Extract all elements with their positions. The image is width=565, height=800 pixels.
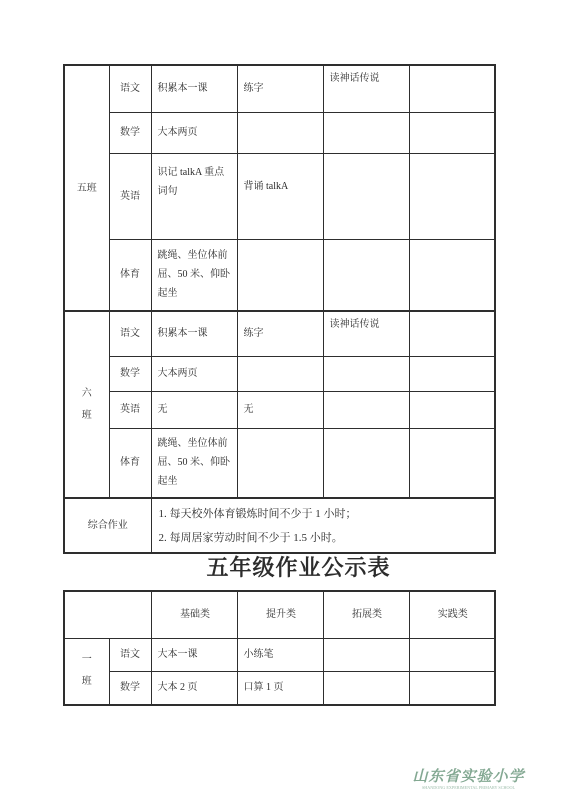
homework-cell-expand bbox=[323, 356, 409, 391]
homework-cell-practice bbox=[409, 428, 495, 498]
homework-cell-practice bbox=[409, 311, 495, 356]
homework-cell-improve bbox=[237, 356, 323, 391]
homework-cell-improve bbox=[237, 428, 323, 498]
homework-cell-improve: 练字 bbox=[237, 65, 323, 112]
subject-label: 英语 bbox=[109, 391, 151, 428]
homework-cell-practice bbox=[409, 356, 495, 391]
homework-cell-practice bbox=[409, 638, 495, 671]
homework-cell-improve: 口算 1 页 bbox=[237, 671, 323, 705]
homework-cell-expand: 读神话传说 bbox=[323, 65, 409, 112]
homework-cell-practice bbox=[409, 65, 495, 112]
summary-content: 1. 每天校外体育锻炼时间不少于 1 小时； 2. 每周居家劳动时间不少于 1.… bbox=[151, 498, 495, 553]
homework-cell-basic: 识记 talkA 重点词句 bbox=[151, 153, 237, 239]
document-page: 五班 语文 积累本一课 练字 读神话传说 数学 大本两页 英语 识记 talkA… bbox=[0, 0, 565, 800]
table-row: 数学 大本两页 bbox=[64, 356, 495, 391]
homework-cell-basic: 大本 2 页 bbox=[151, 671, 237, 705]
class-label-cell: 五班 bbox=[64, 65, 109, 311]
summary-line-2: 2. 每周居家劳动时间不少于 1.5 小时。 bbox=[159, 526, 491, 550]
table-row: 英语 无 无 bbox=[64, 391, 495, 428]
header-row: 基础类 提升类 拓展类 实践类 bbox=[64, 591, 495, 638]
homework-cell-practice bbox=[409, 112, 495, 153]
summary-label: 综合作业 bbox=[64, 498, 151, 553]
homework-cell-practice bbox=[409, 671, 495, 705]
homework-cell-improve: 无 bbox=[237, 391, 323, 428]
subject-label: 语文 bbox=[109, 638, 151, 671]
class-label-cell: 一班 bbox=[64, 638, 109, 705]
class-label: 六班 bbox=[82, 383, 92, 427]
school-name-en: SHANDONG EXPERIMENTAL PRIMARY SCHOOL bbox=[422, 786, 515, 790]
homework-cell-expand bbox=[323, 153, 409, 239]
class-label: 一班 bbox=[82, 649, 92, 693]
subject-label: 体育 bbox=[109, 239, 151, 311]
subject-label: 体育 bbox=[109, 428, 151, 498]
subject-label: 数学 bbox=[109, 356, 151, 391]
homework-table-lower: 基础类 提升类 拓展类 实践类 一班 语文 大本一课 小练笔 数学 大本 2 页… bbox=[63, 590, 496, 706]
table-row: 英语 识记 talkA 重点词句 背诵 talkA bbox=[64, 153, 495, 239]
class-label-cell: 六班 bbox=[64, 311, 109, 498]
table-row: 数学 大本 2 页 口算 1 页 bbox=[64, 671, 495, 705]
table-row: 体育 跳绳、坐位体前屈、50 米、仰卧起坐 bbox=[64, 239, 495, 311]
subject-label: 数学 bbox=[109, 112, 151, 153]
homework-cell-expand: 读神话传说 bbox=[323, 311, 409, 356]
table-row: 数学 大本两页 bbox=[64, 112, 495, 153]
column-header-improve: 提升类 bbox=[237, 591, 323, 638]
homework-cell-basic: 跳绳、坐位体前屈、50 米、仰卧起坐 bbox=[151, 239, 237, 311]
homework-cell-expand bbox=[323, 671, 409, 705]
subject-label: 英语 bbox=[109, 153, 151, 239]
homework-table-upper: 五班 语文 积累本一课 练字 读神话传说 数学 大本两页 英语 识记 talkA… bbox=[63, 64, 496, 554]
table-row: 一班 语文 大本一课 小练笔 bbox=[64, 638, 495, 671]
header-empty-cell bbox=[64, 591, 151, 638]
homework-cell-expand bbox=[323, 428, 409, 498]
homework-cell-improve: 小练笔 bbox=[237, 638, 323, 671]
school-watermark: 山东省实验小学 SHANDONG EXPERIMENTAL PRIMARY SC… bbox=[379, 769, 558, 794]
table-row: 五班 语文 积累本一课 练字 读神话传说 bbox=[64, 65, 495, 112]
homework-cell-expand bbox=[323, 239, 409, 311]
section-title: 五年级作业公示表 bbox=[83, 551, 514, 585]
summary-row: 综合作业 1. 每天校外体育锻炼时间不少于 1 小时； 2. 每周居家劳动时间不… bbox=[64, 498, 495, 553]
homework-cell-expand bbox=[323, 391, 409, 428]
subject-label: 数学 bbox=[109, 671, 151, 705]
school-name-cn: 山东省实验小学 bbox=[379, 769, 558, 786]
homework-cell-basic: 积累本一课 bbox=[151, 65, 237, 112]
summary-line-1: 1. 每天校外体育锻炼时间不少于 1 小时； bbox=[159, 502, 491, 526]
homework-cell-expand bbox=[323, 112, 409, 153]
column-header-practice: 实践类 bbox=[409, 591, 495, 638]
homework-cell-improve: 背诵 talkA bbox=[237, 153, 323, 239]
homework-cell-basic: 积累本一课 bbox=[151, 311, 237, 356]
table-row: 六班 语文 积累本一课 练字 读神话传说 bbox=[64, 311, 495, 356]
homework-cell-basic: 跳绳、坐位体前屈、50 米、仰卧起坐 bbox=[151, 428, 237, 498]
homework-cell-practice bbox=[409, 239, 495, 311]
homework-cell-basic: 无 bbox=[151, 391, 237, 428]
column-header-basic: 基础类 bbox=[151, 591, 237, 638]
homework-cell-improve bbox=[237, 112, 323, 153]
subject-label: 语文 bbox=[109, 65, 151, 112]
homework-cell-basic: 大本一课 bbox=[151, 638, 237, 671]
column-header-expand: 拓展类 bbox=[323, 591, 409, 638]
homework-cell-expand bbox=[323, 638, 409, 671]
class-label: 五班 bbox=[65, 179, 109, 198]
table-row: 体育 跳绳、坐位体前屈、50 米、仰卧起坐 bbox=[64, 428, 495, 498]
homework-cell-basic: 大本两页 bbox=[151, 112, 237, 153]
homework-cell-improve: 练字 bbox=[237, 311, 323, 356]
homework-cell-practice bbox=[409, 153, 495, 239]
homework-cell-practice bbox=[409, 391, 495, 428]
homework-cell-improve bbox=[237, 239, 323, 311]
subject-label: 语文 bbox=[109, 311, 151, 356]
homework-cell-basic: 大本两页 bbox=[151, 356, 237, 391]
